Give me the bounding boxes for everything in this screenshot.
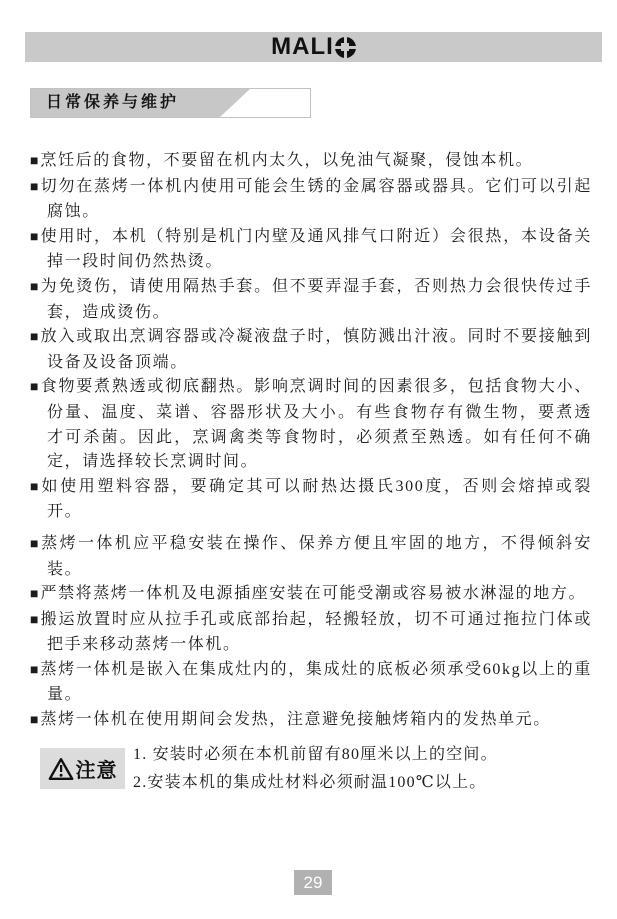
note-item: 如使用塑料容器，要确定其可以耐热达摄氏300度，否则会熔掉或裂开。 bbox=[30, 475, 592, 525]
section-header: 日常保养与维护 bbox=[30, 88, 311, 118]
notes-group-usage: 烹饪后的食物，不要留在机内太久，以免油气凝聚，侵蚀本机。 切勿在蒸烤一体机内使用… bbox=[30, 149, 592, 525]
caution-item: 2.安装本机的集成灶材料必须耐温100℃以上。 bbox=[133, 769, 498, 797]
caution-items: 1. 安装时必须在本机前留有80厘米以上的空间。 2.安装本机的集成灶材料必须耐… bbox=[133, 741, 498, 796]
brand-o-icon bbox=[335, 37, 356, 58]
note-item: 放入或取出烹调容器或冷凝液盘子时，慎防溅出汁液。同时不要接触到设备及设备顶端。 bbox=[30, 325, 592, 375]
brand-banner: MALI bbox=[25, 32, 602, 62]
page-number: 29 bbox=[304, 873, 323, 893]
note-item: 蒸烤一体机应平稳安装在操作、保养方便且牢固的地方，不得倾斜安装。 bbox=[30, 532, 592, 582]
note-item: 蒸烤一体机在使用期间会发热，注意避免接触烤箱内的发热单元。 bbox=[30, 708, 592, 734]
page-number-box: 29 bbox=[294, 870, 332, 895]
warning-triangle-icon bbox=[48, 757, 74, 781]
notes-group-installation: 蒸烤一体机应平稳安装在操作、保养方便且牢固的地方，不得倾斜安装。 严禁将蒸烤一体… bbox=[30, 532, 592, 734]
brand-logo: MALI bbox=[271, 33, 356, 61]
note-item: 切勿在蒸烤一体机内使用可能会生锈的金属容器或器具。它们可以引起腐蚀。 bbox=[30, 175, 592, 225]
caution-item: 1. 安装时必须在本机前留有80厘米以上的空间。 bbox=[133, 741, 498, 769]
note-item: 为免烫伤，请使用隔热手套。但不要弄湿手套，否则热力会很快传过手套，造成烫伤。 bbox=[30, 275, 592, 325]
note-item: 食物要煮熟透或彻底翻热。影响烹调时间的因素很多，包括食物大小、份量、温度、菜谱、… bbox=[30, 375, 592, 474]
note-item: 烹饪后的食物，不要留在机内太久，以免油气凝聚，侵蚀本机。 bbox=[30, 149, 592, 175]
notes-list: 烹饪后的食物，不要留在机内太久，以免油气凝聚，侵蚀本机。 切勿在蒸烤一体机内使用… bbox=[30, 149, 592, 734]
note-item: 严禁将蒸烤一体机及电源插座安装在可能受潮或容易被水淋湿的地方。 bbox=[30, 582, 592, 608]
section-title: 日常保养与维护 bbox=[46, 89, 179, 117]
note-item: 使用时，本机（特别是机门内壁及通风排气口附近）会很热，本设备关掉一段时间仍然热烫… bbox=[30, 225, 592, 275]
brand-text: MALI bbox=[271, 33, 334, 61]
caution-label: 注意 bbox=[76, 754, 118, 783]
caution-badge: 注意 bbox=[40, 748, 125, 789]
note-item: 蒸烤一体机是嵌入在集成灶内的，集成灶的底板必须承受60kg以上的重量。 bbox=[30, 658, 592, 708]
note-item: 搬运放置时应从拉手孔或底部抬起，轻搬轻放，切不可通过拖拉门体或把手来移动蒸烤一体… bbox=[30, 608, 592, 658]
